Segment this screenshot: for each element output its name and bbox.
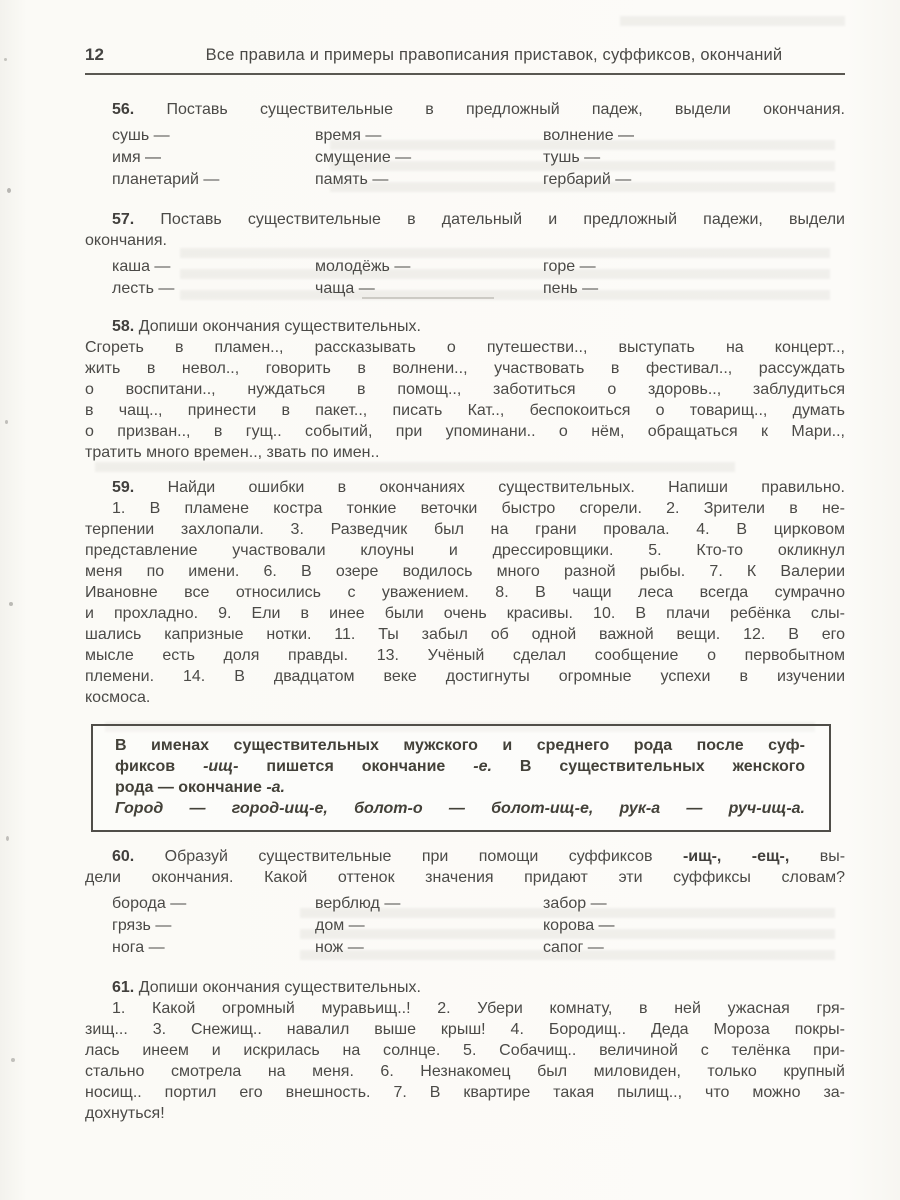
exercise-instruction: Поставь существительные в предложный пад…	[166, 101, 845, 118]
word-item: гербарий —	[543, 169, 845, 191]
exercise-heading: 59. Найди ошибки в окончаниях существите…	[85, 477, 845, 498]
text-line: зищ... 3. Снежищ.. навалил выше крыш! 4.…	[85, 1019, 845, 1040]
scan-speck	[9, 602, 13, 606]
word-row: грязь —дом —корова —	[112, 915, 845, 937]
exercise-number: 60.	[112, 848, 134, 865]
exercise-heading: 60. Образуй существительные при помощи с…	[85, 846, 845, 867]
word-row: нога —нож —сапог —	[112, 937, 845, 959]
text-line: тратить много времен.., звать по имен..	[85, 442, 845, 463]
exercise-58: 58. Допиши окончания существительных. Сг…	[85, 316, 845, 463]
rule-ending: -е.	[473, 758, 492, 775]
header-rule	[85, 73, 845, 75]
scan-speck	[7, 188, 11, 193]
word-item: молодёжь —	[315, 256, 543, 278]
rule-text-line: рода — окончание -а.	[115, 777, 805, 798]
rule-box: В именах существительных мужского и сред…	[91, 724, 831, 832]
text-line: в чащ.., принести в пакет.., писать Кат.…	[85, 400, 845, 421]
word-item: лесть —	[112, 278, 315, 300]
scan-speck	[6, 836, 9, 841]
word-row: сушь —время —волнение —	[112, 125, 845, 147]
rule-text-line: В именах существительных мужского и сред…	[115, 735, 805, 756]
exercise-number: 58.	[112, 318, 134, 335]
exercise-number: 57.	[112, 211, 134, 228]
scan-speck	[11, 1058, 15, 1062]
word-item: забор —	[543, 893, 845, 915]
suffix-esch: -ещ-,	[752, 848, 790, 865]
word-item: пень —	[543, 278, 845, 300]
suffix-isch: -ищ-,	[683, 848, 721, 865]
exercise-instruction-wrap: окончания.	[85, 230, 845, 251]
word-item: время —	[315, 125, 543, 147]
running-title: Все правила и примеры правописания прист…	[143, 45, 845, 66]
text-line: носищ.. портил его внешность. 7. В кварт…	[85, 1082, 845, 1103]
rule-ending: -а.	[266, 779, 285, 796]
word-item: нож —	[315, 937, 543, 959]
word-item: верблюд —	[315, 893, 543, 915]
word-item: горе —	[543, 256, 845, 278]
word-list: каша —молодёжь —горе —лесть —чаща —пень …	[85, 256, 845, 300]
exercise-instruction: Поставь существительные в дательный и пр…	[160, 211, 845, 228]
exercise-60: 60. Образуй существительные при помощи с…	[85, 846, 845, 959]
scan-speck	[5, 420, 8, 424]
word-item: дом —	[315, 915, 543, 937]
exercise-57: 57. Поставь существительные в дательный …	[85, 209, 845, 300]
exercise-instruction-wrap: дели окончания. Какой оттенок значения п…	[85, 867, 845, 888]
word-list: борода —верблюд —забор —грязь —дом —коро…	[85, 893, 845, 959]
exercise-heading: 58. Допиши окончания существительных.	[85, 316, 845, 337]
rule-suffix: -ищ-	[203, 758, 238, 775]
text-line: дохнуться!	[85, 1103, 845, 1124]
word-item: каша —	[112, 256, 315, 278]
text-line: племени. 14. В двадцатом веке достигнуты…	[85, 666, 845, 687]
text-line: жить в невол.., говорить в волнени.., уч…	[85, 358, 845, 379]
word-item: сапог —	[543, 937, 845, 959]
text-line: лась инеем и искрилась на солнце. 5. Соб…	[85, 1040, 845, 1061]
text-line: о призван.., в гущ.. событий, при упомин…	[85, 421, 845, 442]
text-line: и прохладно. 9. Ели в инее были очень кр…	[85, 603, 845, 624]
exercise-text: 1. В пламене костра тонкие веточки быстр…	[85, 498, 845, 708]
text-line: терпении захлопали. 3. Разведчик был на …	[85, 519, 845, 540]
exercise-instruction: Допиши окончания существительных.	[139, 318, 421, 335]
exercise-instruction: Найди ошибки в окончаниях существительны…	[168, 479, 845, 496]
exercise-heading: 61. Допиши окончания существительных.	[85, 977, 845, 998]
word-item: смущение —	[315, 147, 543, 169]
rule-text: пишется окончание	[266, 758, 445, 775]
text-line: стально смотрела на меня. 6. Незнакомец …	[85, 1061, 845, 1082]
exercise-text: Сгореть в пламен.., рассказывать о путеш…	[85, 337, 845, 463]
word-item: имя —	[112, 147, 315, 169]
text-line: шались капризные нотки. 11. Ты забыл об …	[85, 624, 845, 645]
text-line: 1. Какой огромный муравьищ..! 2. Убери к…	[85, 998, 845, 1019]
word-item: сушь —	[112, 125, 315, 147]
exercise-instruction-break: вы-	[820, 848, 845, 865]
exercise-number: 59.	[112, 479, 134, 496]
exercise-instruction: Образуй существительные при помощи суффи…	[165, 848, 653, 865]
rule-text: фиксов	[115, 758, 175, 775]
rule-example: Город — город-ищ-е, болот-о — болот-ищ-е…	[115, 798, 805, 819]
scan-speck	[4, 58, 7, 61]
exercise-heading: 56. Поставь существительные в предложный…	[85, 99, 845, 120]
word-item: чаща —	[315, 278, 543, 300]
exercise-56: 56. Поставь существительные в предложный…	[85, 99, 845, 191]
text-line: о воспитани.., нуждаться в помощ.., забо…	[85, 379, 845, 400]
text-line: Ивановне все относились с уважением. 8. …	[85, 582, 845, 603]
rule-text-line: фиксов -ищ- пишется окончание -е. В суще…	[115, 756, 805, 777]
exercise-text: 1. Какой огромный муравьищ..! 2. Убери к…	[85, 998, 845, 1124]
word-item: борода —	[112, 893, 315, 915]
exercise-59: 59. Найди ошибки в окончаниях существите…	[85, 477, 845, 708]
word-item: грязь —	[112, 915, 315, 937]
text-line: Сгореть в пламен.., рассказывать о путеш…	[85, 337, 845, 358]
word-row: каша —молодёжь —горе —	[112, 256, 845, 278]
text-line: меня по имени. 6. В озере водилось много…	[85, 561, 845, 582]
word-list: сушь —время —волнение —имя —смущение —ту…	[85, 125, 845, 191]
word-item: нога —	[112, 937, 315, 959]
word-item: корова —	[543, 915, 845, 937]
word-item: волнение —	[543, 125, 845, 147]
exercise-instruction: Допиши окончания существительных.	[139, 979, 421, 996]
rule-text: рода — окончание	[115, 779, 262, 796]
text-line: космоса.	[85, 687, 845, 708]
exercise-heading: 57. Поставь существительные в дательный …	[85, 209, 845, 230]
word-item: тушь —	[543, 147, 845, 169]
scanned-workbook-page: 12 Все правила и примеры правописания пр…	[0, 0, 900, 1200]
word-item: память —	[315, 169, 543, 191]
word-row: борода —верблюд —забор —	[112, 893, 845, 915]
word-row: имя —смущение —тушь —	[112, 147, 845, 169]
text-line: мысле есть доля правды. 13. Учёный сдела…	[85, 645, 845, 666]
page-header: 12 Все правила и примеры правописания пр…	[85, 0, 845, 66]
page-number: 12	[85, 44, 143, 65]
word-row: лесть —чаща —пень —	[112, 278, 845, 300]
rule-text: В существительных женского	[520, 758, 805, 775]
exercise-number: 56.	[112, 101, 134, 118]
exercise-number: 61.	[112, 979, 134, 996]
text-line: представление участвовали клоуны и дресс…	[85, 540, 845, 561]
word-row: планетарий —память —гербарий —	[112, 169, 845, 191]
word-item: планетарий —	[112, 169, 315, 191]
exercise-61: 61. Допиши окончания существительных. 1.…	[85, 977, 845, 1124]
text-line: 1. В пламене костра тонкие веточки быстр…	[85, 498, 845, 519]
